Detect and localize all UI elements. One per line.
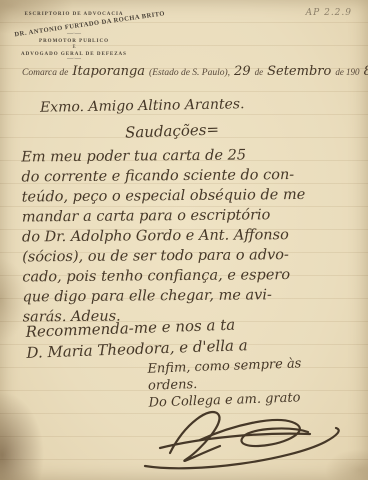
salutation: Saudações= bbox=[125, 120, 220, 141]
dateline-printed-de1: de bbox=[255, 67, 264, 77]
letterhead-conjunction: E bbox=[14, 45, 134, 50]
dateline-month: Setembro bbox=[267, 64, 331, 79]
dateline-day: 29 bbox=[234, 64, 251, 79]
dateline-year-digit: 8. bbox=[364, 64, 368, 79]
dateline-printed-prefix: Comarca de bbox=[22, 68, 68, 78]
letter-page: ESCRIPTORIO DE ADVOCACIA DR. ANTONIO FUR… bbox=[0, 0, 368, 480]
dateline-printed-de2: de 190 bbox=[335, 67, 359, 77]
letterhead-title1: PROMOTOR PUBLICO bbox=[14, 39, 134, 44]
letterhead: ESCRIPTORIO DE ADVOCACIA DR. ANTONIO FUR… bbox=[14, 12, 134, 62]
signature-flourish bbox=[140, 398, 350, 476]
archival-code: AP 2.2.9 bbox=[306, 8, 352, 18]
dateline-place: Itaporanga bbox=[72, 64, 145, 79]
letter-body: Em meu poder tua carta de 25 do corrente… bbox=[21, 145, 353, 328]
signature-icon bbox=[140, 398, 350, 476]
dateline: Comarca de Itaporanga (Estado de S. Paul… bbox=[22, 62, 362, 80]
body-line: teúdo, peço o especial obséquio de me bbox=[22, 185, 352, 208]
closing-regards: Recommenda-me e nos a ta D. Maria Theodo… bbox=[25, 314, 248, 364]
dateline-printed-state: (Estado de S. Paulo), bbox=[149, 68, 230, 78]
